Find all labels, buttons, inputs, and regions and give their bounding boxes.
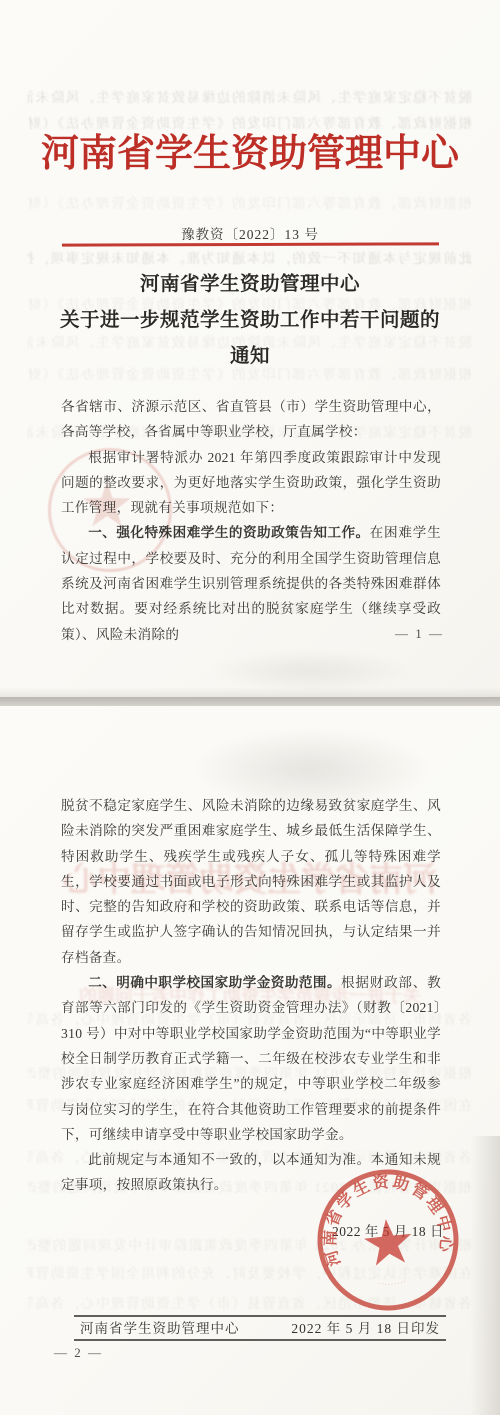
paragraph-2-text: 在困难学生认定过程中，学校要及时、充分的利用全国学生资助管理信息系统及河南省困难… [61, 525, 441, 641]
seal-serial-marks: ········· [377, 1278, 409, 1289]
page1-body: 各省辖市、济源示范区、省直管县（市）学生资助管理中心，各高等学校，各省属中等职业… [61, 394, 441, 647]
paragraph-2-lead: 二、明确中职学校国家助学金资助范围。 [88, 975, 341, 990]
title-line-2: 关于进一步规范学生资助工作中若干问题的 [0, 303, 500, 339]
paragraph-2: 二、明确中职学校国家助学金资助范围。根据财政部、教育部等六部门印发的《学生资助资… [61, 970, 441, 1147]
red-divider-rule [62, 242, 439, 246]
scan-smudge [200, 648, 420, 694]
page-1: 脱贫不稳定家庭学生、风险未消除的边缘易致贫家庭学生、风险未消除的突发严重困难家庭… [0, 0, 500, 697]
svg-text:·········: ········· [377, 1278, 409, 1289]
footer-rule-bottom [74, 1339, 446, 1341]
page-number-1: — 1 — [395, 626, 444, 642]
page-number-2: — 2 — [54, 1345, 103, 1361]
scan-edge-shadow [470, 1136, 500, 1415]
official-seal: 河南省学生资助管理中心 ········· [298, 1150, 478, 1330]
doc-number: 豫教资〔2022〕13 号 [0, 223, 500, 243]
title-line-1: 河南省学生资助管理中心 [0, 267, 500, 303]
scanned-document: { "document": { "agency_header": "河南省学生资… [0, 0, 500, 1415]
page-2: 河南省学生资助管理中心 关于进一步规范学生资助工作中若干问题的 各省辖市、济源示… [0, 706, 500, 1415]
title-line-3: 通知 [0, 339, 500, 375]
bleedthrough-line: 此前规定与本通知不一致的，以本通知为准。本通知未规定事项，按照原政策执行。 [28, 247, 472, 267]
paragraph-2-lead: 一、强化特殊困难学生的资助政策告知工作。 [88, 525, 369, 540]
bleedthrough-line: 根据财政部、教育部等六部门印发的《学生资助资金管理办法》（财教〔2021〕310… [28, 192, 472, 212]
page2-body: 脱贫不稳定家庭学生、风险未消除的边缘易致贫家庭学生、风险未消除的突发严重困难家庭… [61, 793, 441, 1198]
paragraph-1: 根据审计署特派办 2021 年第四季度政策跟踪审计中发现问题的整改要求，为更好地… [61, 445, 441, 521]
addressee-line: 各省辖市、济源示范区、省直管县（市）学生资助管理中心，各高等学校，各省属中等职业… [61, 394, 441, 445]
agency-header: 河南省学生资助管理中心 [0, 122, 500, 177]
seal-star-icon [362, 1217, 414, 1267]
paragraph-1-continued: 脱贫不稳定家庭学生、风险未消除的边缘易致贫家庭学生、风险未消除的突发严重困难家庭… [61, 793, 441, 970]
paragraph-2-text: 根据财政部、教育部等六部门印发的《学生资助资金管理办法》（财教〔2021〕310… [61, 975, 441, 1142]
paragraph-2: 一、强化特殊困难学生的资助政策告知工作。在困难学生认定过程中，学校要及时、充分的… [61, 520, 441, 646]
page-gap [0, 697, 500, 706]
notice-title: 河南省学生资助管理中心 关于进一步规范学生资助工作中若干问题的 通知 [0, 267, 500, 375]
footer-issuer: 河南省学生资助管理中心 [80, 1317, 240, 1337]
bleedthrough-line: 脱贫不稳定家庭学生、风险未消除的边缘易致贫家庭学生、风险未消除的突发严重困难家庭… [28, 86, 472, 106]
